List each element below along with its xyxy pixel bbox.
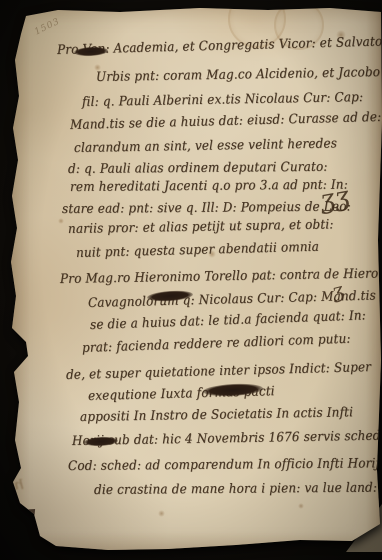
showthrough-text: formas pacti apposit xyxy=(0,352,6,368)
ink-blot xyxy=(147,289,194,302)
showthrough-text: q. heredes pror xyxy=(0,84,4,101)
showthrough-text: comparendum In xyxy=(0,413,4,431)
showthrough-text: Ill. D. pror xyxy=(0,176,6,192)
ink-blot-layer xyxy=(0,0,382,560)
manuscript-photo: redes et bonaq. heredes prorformas pacti… xyxy=(0,0,382,560)
paper-sheet: redes et bonaq. heredes prorformas pacti… xyxy=(0,0,382,560)
ink-blot xyxy=(203,382,264,397)
showthrough-text: Curasse ad xyxy=(0,238,8,253)
showthrough-text: questa super abend xyxy=(0,297,10,316)
showthrough-text: hereditati xyxy=(0,265,2,279)
showthrough-text: formas pacti de xyxy=(0,122,2,137)
ink-blot xyxy=(74,46,108,57)
showthrough-text: redes et bona xyxy=(0,52,2,69)
ink-blot xyxy=(84,436,118,447)
manuscript-page: redes et bonaq. heredes prorformas pacti… xyxy=(0,0,382,560)
